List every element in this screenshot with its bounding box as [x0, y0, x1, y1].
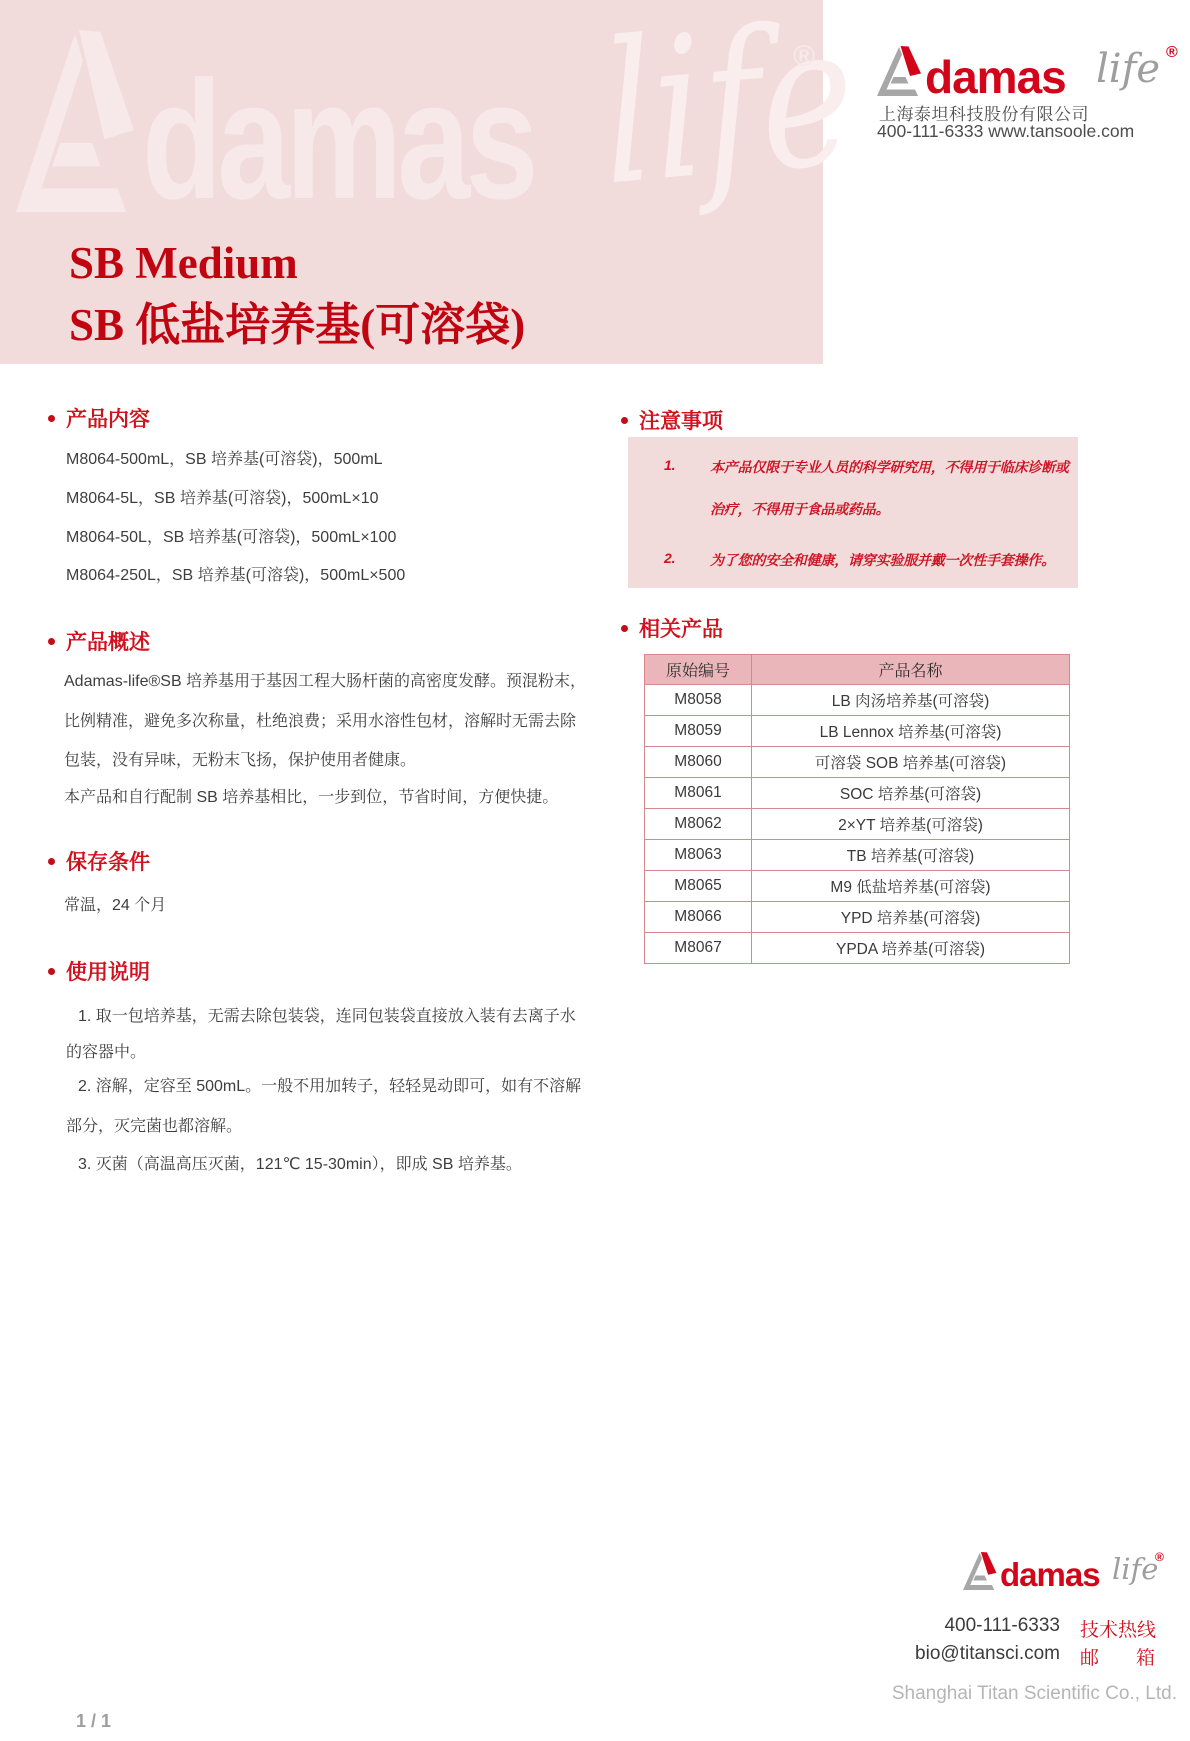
section-heading-related-products: 相关产品 [621, 613, 723, 643]
product-code-cell: M8061 [645, 778, 752, 809]
usage-line: 部分，灭完菌也都溶解。 [66, 1113, 242, 1136]
section-heading-notices: 注意事项 [621, 405, 723, 435]
storage-condition-text: 常温，24 个月 [64, 892, 166, 915]
section-heading-storage: 保存条件 [48, 846, 150, 876]
product-code-cell: M8059 [645, 716, 752, 747]
bullet-icon [621, 625, 628, 632]
page-title: SB Medium SB 低盐培养基(可溶袋) [69, 232, 525, 356]
bullet-icon [48, 415, 55, 422]
table-header-row: 原始编号 产品名称 [645, 655, 1070, 685]
table-row: M8067 YPDA 培养基(可溶袋) [645, 933, 1070, 964]
product-name-cell: 可溶袋 SOB 培养基(可溶袋) [752, 747, 1070, 778]
overview-line: Adamas-life®SB 培养基用于基因工程大肠杆菌的高密度发酵。预混粉末， [64, 668, 586, 691]
page-title-en: SB Medium [69, 232, 525, 294]
watermark-damas-text: damas [142, 56, 534, 224]
logo-life-text: life [1096, 46, 1160, 92]
product-code-cell: M8067 [645, 933, 752, 964]
column-header-code: 原始编号 [645, 655, 752, 685]
table-row: M8060 可溶袋 SOB 培养基(可溶袋) [645, 747, 1070, 778]
product-code-cell: M8065 [645, 871, 752, 902]
company-phone-website: 400-111-6333 www.tansoole.com [877, 121, 1134, 142]
product-name-cell: LB Lennox 培养基(可溶袋) [752, 716, 1070, 747]
table-row: M8062 2×YT 培养基(可溶袋) [645, 809, 1070, 840]
product-code-cell: M8062 [645, 809, 752, 840]
product-name-cell: SOC 培养基(可溶袋) [752, 778, 1070, 809]
table-row: M8063 TB 培养基(可溶袋) [645, 840, 1070, 871]
product-item: M8064-5L，SB 培养基(可溶袋)，500mL×10 [66, 485, 379, 508]
watermark-triangle-icon [16, 30, 150, 212]
adamas-logo-icon [962, 1552, 1002, 1590]
usage-line: 2. 溶解，定容至 500mL。一般不用加转子，轻轻晃动即可，如有不溶解 [78, 1073, 581, 1096]
page-number: 1 / 1 [76, 1711, 111, 1732]
footer-logo-damas-text: damas [1000, 1556, 1100, 1594]
contact-email: bio@titansci.com [915, 1643, 1060, 1665]
bullet-icon [48, 968, 55, 975]
product-name-cell: YPDA 培养基(可溶袋) [752, 933, 1070, 964]
overview-line: 本产品和自行配制 SB 培养基相比，一步到位，节省时间，方便快捷。 [64, 784, 558, 807]
overview-line: 比例精准，避免多次称量，杜绝浪费；采用水溶性包材，溶解时无需去除 [64, 708, 576, 731]
footer-logo-life-text: life [1112, 1552, 1158, 1586]
section-heading-product-content: 产品内容 [48, 403, 150, 433]
page-title-cn: SB 低盐培养基(可溶袋) [69, 294, 525, 356]
section-heading-usage: 使用说明 [48, 956, 150, 986]
section-heading-overview: 产品概述 [48, 626, 150, 656]
notice-item-number: 2. [664, 550, 675, 566]
usage-line: 的容器中。 [66, 1039, 146, 1062]
watermark-registered-mark: ® [793, 40, 815, 74]
table-row: M8065 M9 低盐培养基(可溶袋) [645, 871, 1070, 902]
logo-damas-text: damas [925, 50, 1066, 104]
email-label: 邮 箱 [1080, 1643, 1155, 1670]
logo-registered-mark: ® [1166, 44, 1178, 62]
usage-line: 3. 灭菌（高温高压灭菌，121℃ 15-30min），即成 SB 培养基。 [78, 1151, 522, 1174]
datasheet-page: damas life ® SB Medium SB 低盐培养基(可溶袋) dam… [0, 0, 1190, 1741]
hotline-number: 400-111-6333 [944, 1615, 1060, 1637]
bullet-icon [48, 858, 55, 865]
related-products-table: 原始编号 产品名称 M8058 LB 肉汤培养基(可溶袋) M8059 LB L… [644, 654, 1070, 964]
product-item: M8064-250L，SB 培养基(可溶袋)，500mL×500 [66, 562, 405, 585]
usage-line: 1. 取一包培养基，无需去除包装袋，连同包装袋直接放入装有去离子水 [78, 1003, 576, 1026]
product-code-cell: M8060 [645, 747, 752, 778]
watermark-life-text: life [598, 0, 858, 213]
overview-line: 包装，没有异味，无粉末飞扬，保护使用者健康。 [64, 747, 416, 770]
hotline-label: 技术热线 [1080, 1615, 1156, 1642]
product-item: M8064-50L，SB 培养基(可溶袋)，500mL×100 [66, 524, 396, 547]
notice-item-number: 1. [664, 457, 675, 473]
table-row: M8058 LB 肉汤培养基(可溶袋) [645, 685, 1070, 716]
product-name-cell: 2×YT 培养基(可溶袋) [752, 809, 1070, 840]
product-name-cell: LB 肉汤培养基(可溶袋) [752, 685, 1070, 716]
product-name-cell: YPD 培养基(可溶袋) [752, 902, 1070, 933]
column-header-name: 产品名称 [752, 655, 1070, 685]
adamas-logo-icon [877, 46, 927, 96]
notice-item-text: 治疗，不得用于食品或药品。 [710, 499, 889, 519]
product-item: M8064-500mL，SB 培养基(可溶袋)，500mL [66, 446, 383, 469]
table-row: M8059 LB Lennox 培养基(可溶袋) [645, 716, 1070, 747]
product-name-cell: M9 低盐培养基(可溶袋) [752, 871, 1070, 902]
notice-item-text: 本产品仅限于专业人员的科学研究用，不得用于临床诊断或 [710, 457, 1069, 477]
table-row: M8066 YPD 培养基(可溶袋) [645, 902, 1070, 933]
bullet-icon [48, 638, 55, 645]
notice-item-text: 为了您的安全和健康，请穿实验服并戴一次性手套操作。 [710, 550, 1055, 570]
bullet-icon [621, 417, 628, 424]
company-name-en: Shanghai Titan Scientific Co., Ltd. [892, 1683, 1177, 1705]
product-code-cell: M8066 [645, 902, 752, 933]
product-code-cell: M8063 [645, 840, 752, 871]
product-name-cell: TB 培养基(可溶袋) [752, 840, 1070, 871]
product-code-cell: M8058 [645, 685, 752, 716]
footer-logo-registered-mark: ® [1155, 1550, 1164, 1564]
table-row: M8061 SOC 培养基(可溶袋) [645, 778, 1070, 809]
